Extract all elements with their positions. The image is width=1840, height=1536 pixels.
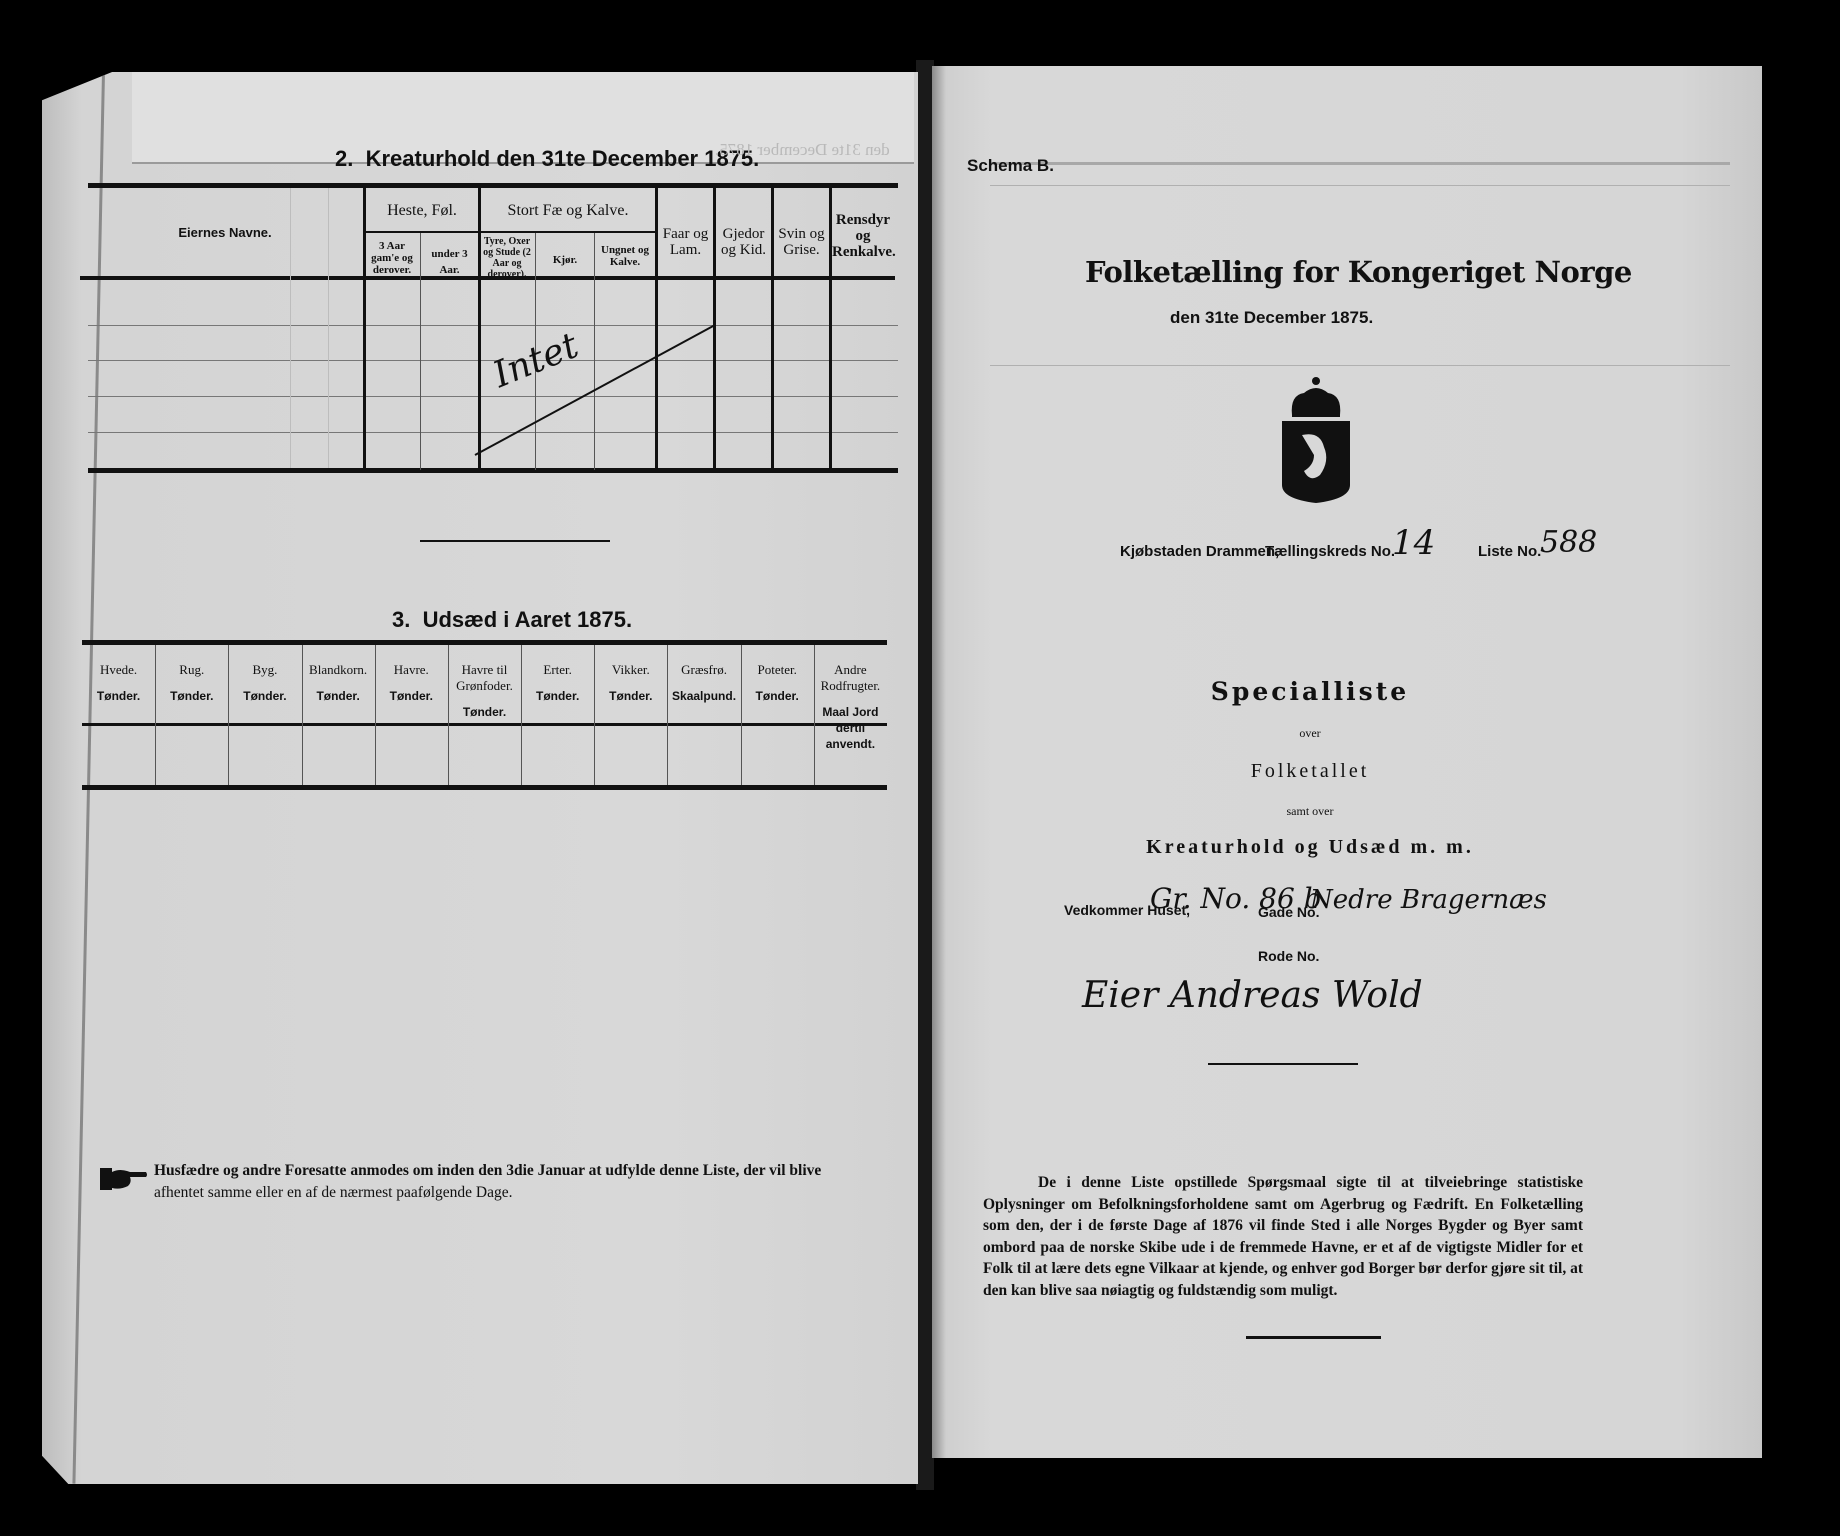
short-rule bbox=[420, 540, 610, 542]
district-number: 14 bbox=[1392, 523, 1435, 563]
samt-over-label: samt over bbox=[1130, 804, 1490, 819]
list-label: Liste No. bbox=[1478, 543, 1541, 560]
col-group-cattle: Stort Fæ og Kalve. bbox=[481, 203, 655, 219]
col-young-cattle-calves: Ungnet og Kalve. bbox=[595, 244, 655, 268]
sowing-column-label: Havre. bbox=[375, 662, 448, 678]
sowing-column-label: Andre Rodfrugter. bbox=[814, 662, 887, 694]
sowing-column-unit: Tønder. bbox=[302, 688, 375, 704]
sowing-column-unit: Tønder. bbox=[155, 688, 228, 704]
owner-signature: Eier Andreas Wold bbox=[1082, 975, 1423, 1016]
sowing-column-header: Blandkorn.Tønder. bbox=[302, 662, 375, 704]
sowing-column-unit: Tønder. bbox=[741, 688, 814, 704]
header-bottom-rule bbox=[82, 723, 887, 726]
intro-paragraph: De i denne Liste opstillede Spørgsmaal s… bbox=[983, 1172, 1583, 1301]
sowing-column-unit: Maal Jord dertil anvendt. bbox=[814, 704, 887, 752]
sowing-column-unit: Tønder. bbox=[228, 688, 301, 704]
sowing-column-header: Havre til Grønfoder.Tønder. bbox=[448, 662, 521, 720]
sowing-column-label: Poteter. bbox=[741, 662, 814, 678]
sowing-column-label: Rug. bbox=[155, 662, 228, 678]
sowing-column-label: Erter. bbox=[521, 662, 594, 678]
ghost-title-bleedthrough: den 31te December 1875. bbox=[715, 140, 890, 160]
sowing-column-unit: Tønder. bbox=[448, 704, 521, 720]
sowing-column-header: Vikker.Tønder. bbox=[594, 662, 667, 704]
street-name: Nedre Bragernæs bbox=[1310, 885, 1547, 915]
sowing-column-header: Hvede.Tønder. bbox=[82, 662, 155, 704]
sowing-column-label: Havre til Grønfoder. bbox=[448, 662, 521, 694]
sowing-column-label: Blandkorn. bbox=[302, 662, 375, 678]
sowing-column-label: Hvede. bbox=[82, 662, 155, 678]
sowing-column-header: Havre.Tønder. bbox=[375, 662, 448, 704]
sowing-column-header: Andre Rodfrugter.Maal Jord dertil anvend… bbox=[814, 662, 887, 752]
sowing-column-header: Erter.Tønder. bbox=[521, 662, 594, 704]
notice-text-line1: Husfædre og andre Foresatte anmodes om i… bbox=[154, 1162, 844, 1180]
closing-rule bbox=[1246, 1336, 1381, 1339]
page-edge-line bbox=[72, 72, 105, 1484]
section3-title: 3. Udsæd i Aaret 1875. bbox=[392, 607, 632, 633]
folketallet-label: Folketallet bbox=[1130, 760, 1490, 783]
ghost-column-line bbox=[328, 188, 329, 468]
kreaturhold-subheading: Kreaturhold og Udsæd m. m. bbox=[1060, 836, 1560, 859]
section2-title: 2. Kreaturhold den 31te December 1875. bbox=[335, 146, 759, 172]
strikethrough-stroke bbox=[470, 320, 720, 460]
over-label: over bbox=[1130, 726, 1490, 741]
col-horses-3y-over: 3 Aar gam'e og derover. bbox=[364, 240, 420, 276]
col-pigs: Svin og Grise. bbox=[774, 226, 829, 258]
col-sheep-lambs: Faar og Lam. bbox=[658, 226, 713, 258]
notice-text-line2: afhentet samme eller en af de nærmest pa… bbox=[154, 1184, 513, 1202]
sowing-column-label: Byg. bbox=[228, 662, 301, 678]
col-group-horses: Heste, Føl. bbox=[366, 203, 478, 219]
sowing-column-unit: Tønder. bbox=[82, 688, 155, 704]
ghost-form-rule bbox=[990, 365, 1730, 366]
list-number: 588 bbox=[1540, 525, 1597, 560]
group-rule-cattle bbox=[478, 231, 655, 233]
city-label: Kjøbstaden Drammen, bbox=[1120, 543, 1279, 560]
sowing-column-unit: Tønder. bbox=[521, 688, 594, 704]
ghost-form-rule bbox=[990, 162, 1730, 165]
rode-label: Rode No. bbox=[1258, 948, 1319, 964]
col-horses-under-3y: under 3 Aar. bbox=[421, 246, 478, 278]
table-bottom-rule bbox=[82, 785, 887, 790]
sowing-column-header: Poteter.Tønder. bbox=[741, 662, 814, 704]
sowing-column-header: Græsfrø.Skaalpund. bbox=[667, 662, 740, 704]
signature-rule bbox=[1208, 1063, 1358, 1065]
sowing-column-label: Vikker. bbox=[594, 662, 667, 678]
col-owner-names: Eiernes Navne. bbox=[160, 225, 290, 241]
table-top-rule bbox=[82, 640, 887, 645]
specialliste-heading: Specialliste bbox=[1130, 677, 1490, 706]
sowing-column-unit: Skaalpund. bbox=[667, 688, 740, 704]
sowing-column-label: Græsfrø. bbox=[667, 662, 740, 678]
district-label: Tællingskreds No. bbox=[1265, 543, 1395, 560]
census-title: Folketælling for Kongeriget Norge bbox=[1085, 255, 1632, 289]
table-top-rule bbox=[88, 183, 898, 188]
col-bulls-oxen: Tyre, Oxer og Stude (2 Aar og derover). bbox=[479, 236, 535, 280]
sowing-column-unit: Tønder. bbox=[375, 688, 448, 704]
sowing-column-header: Rug.Tønder. bbox=[155, 662, 228, 704]
census-date: den 31te December 1875. bbox=[1170, 308, 1373, 328]
ghost-column-line bbox=[290, 188, 291, 468]
col-cows: Kjør. bbox=[536, 252, 594, 268]
table-bottom-rule bbox=[88, 468, 898, 473]
col-reindeer: Rensdyr og Renkalve. bbox=[832, 212, 894, 260]
pointing-hand-icon bbox=[100, 1164, 148, 1194]
schema-label: Schema B. bbox=[967, 156, 1054, 176]
sowing-column-header: Byg.Tønder. bbox=[228, 662, 301, 704]
coat-of-arms-icon bbox=[1280, 375, 1352, 505]
group-rule-horses bbox=[363, 231, 478, 233]
ghost-form-rule bbox=[990, 185, 1730, 186]
sowing-column-unit: Tønder. bbox=[594, 688, 667, 704]
col-goats-kids: Gjedor og Kid. bbox=[716, 226, 771, 258]
